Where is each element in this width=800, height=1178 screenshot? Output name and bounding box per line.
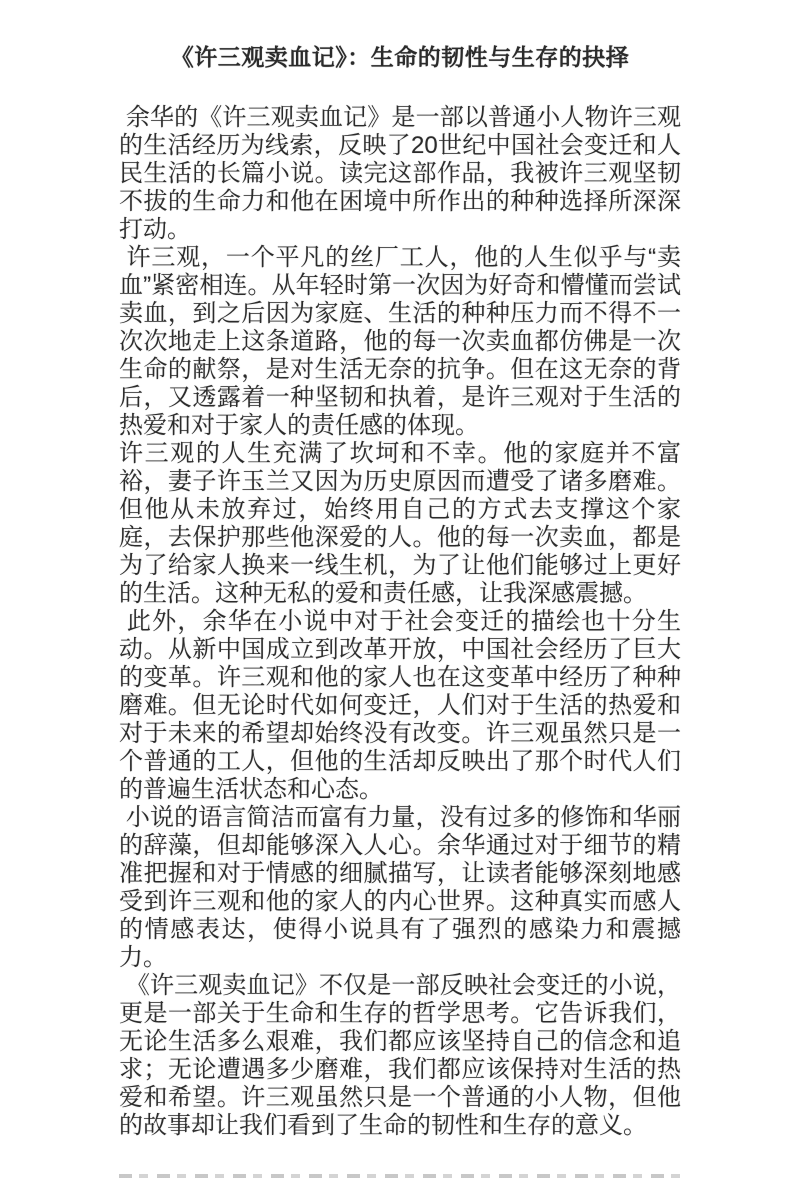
paragraph-family-hardship: 许三观的人生充满了坎坷和不幸。他的家庭并不富裕，妻子许玉兰又因为历史原因而遭受了… bbox=[119, 440, 681, 608]
document-page: 《许三观卖血记》：生命的韧性与生存的抉择 余华的《许三观卖血记》是一部以普通小人… bbox=[0, 0, 800, 1178]
cutoff-text-line bbox=[119, 1174, 681, 1178]
paragraph-xusanguan-life: 许三观，一个平凡的丝厂工人，他的人生似乎与“卖血”紧密相连。从年轻时第一次因为好… bbox=[119, 244, 681, 440]
paragraph-conclusion: 《许三观卖血记》不仅是一部反映社会变迁的小说，更是一部关于生命和生存的哲学思考。… bbox=[119, 972, 681, 1140]
paragraph-intro: 余华的《许三观卖血记》是一部以普通小人物许三观的生活经历为线索，反映了20世纪中… bbox=[119, 104, 681, 244]
paragraph-social-change: 此外，余华在小说中对于社会变迁的描绘也十分生动。从新中国成立到改革开放，中国社会… bbox=[119, 608, 681, 804]
paragraph-language-style: 小说的语言简洁而富有力量，没有过多的修饰和华丽的辞藻，但却能够深入人心。余华通过… bbox=[119, 804, 681, 972]
article-body: 余华的《许三观卖血记》是一部以普通小人物许三观的生活经历为线索，反映了20世纪中… bbox=[119, 104, 681, 1140]
document-title: 《许三观卖血记》：生命的韧性与生存的抉择 bbox=[0, 0, 800, 71]
